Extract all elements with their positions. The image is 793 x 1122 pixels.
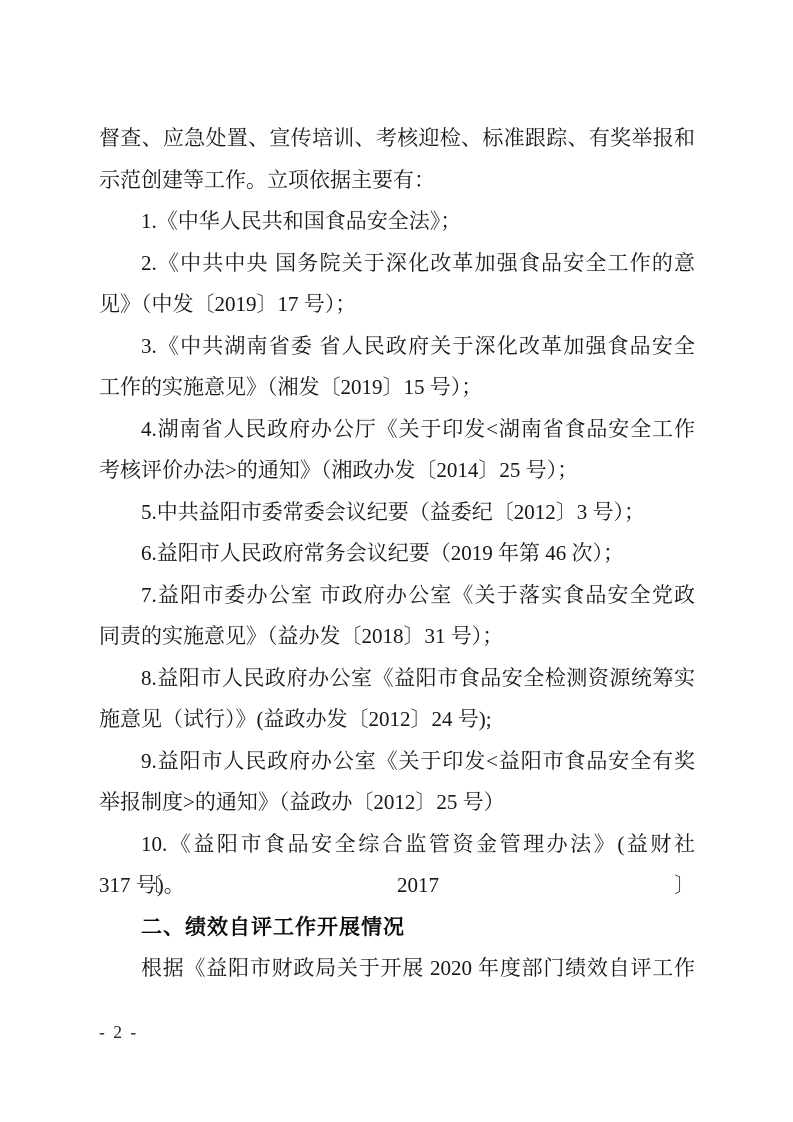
page-footer: - 2 -: [99, 1012, 138, 1052]
list-item-line: 同责的实施意见》（益办发〔2018〕31 号）；: [99, 616, 695, 658]
list-item-line: 7.益阳市委办公室 市政府办公室《关于落实食品安全党政: [99, 575, 695, 617]
list-item-line: 施意见（试行）》(益政办发〔2012〕24 号);: [99, 699, 695, 741]
list-item-line: 9.益阳市人民政府办公室《关于印发<益阳市食品安全有奖: [99, 741, 695, 783]
list-item-line: 3.《中共湖南省委 省人民政府关于深化改革加强食品安全: [99, 326, 695, 368]
list-item-line: 举报制度>的通知》（益政办〔2012〕25 号）: [99, 782, 695, 824]
list-item-line: 8.益阳市人民政府办公室《益阳市食品安全检测资源统筹实: [99, 658, 695, 700]
list-item-line: 6.益阳市人民政府常务会议纪要（2019 年第 46 次）；: [99, 533, 695, 575]
paragraph-line: 督查、应急处置、宣传培训、考核迎检、标准跟踪、有奖举报和: [99, 118, 695, 160]
list-item-line: 考核评价办法>的通知》（湘政办发〔2014〕25 号）；: [99, 450, 695, 492]
document-page: 督查、应急处置、宣传培训、考核迎检、标准跟踪、有奖举报和示范创建等工作。立项依据…: [0, 0, 793, 1122]
list-item-line: 见》（中发〔2019〕17 号）；: [99, 284, 695, 326]
page-number: - 2 -: [99, 1022, 138, 1042]
list-item-line: 工作的实施意见》（湘发〔2019〕15 号）；: [99, 367, 695, 409]
list-item-line: 2.《中共中央 国务院关于深化改革加强食品安全工作的意: [99, 243, 695, 285]
list-item-line: 5.中共益阳市委常委会议纪要（益委纪〔2012〕3 号）；: [99, 492, 695, 534]
paragraph-line: 根据《益阳市财政局关于开展 2020 年度部门绩效自评工作: [99, 948, 695, 990]
list-item-line: 1.《中华人民共和国食品安全法》；: [99, 201, 695, 243]
list-item-line: 4.湖南省人民政府办公厅《关于印发<湖南省食品安全工作: [99, 409, 695, 451]
list-item-line: 10.《益阳市食品安全综合监管资金管理办法》(益财社〔2017〕: [99, 824, 695, 866]
document-body: 督查、应急处置、宣传培训、考核迎检、标准跟踪、有奖举报和示范创建等工作。立项依据…: [99, 118, 695, 990]
paragraph-line: 示范创建等工作。立项依据主要有：: [99, 160, 695, 202]
section-heading: 二、绩效自评工作开展情况: [99, 907, 695, 949]
